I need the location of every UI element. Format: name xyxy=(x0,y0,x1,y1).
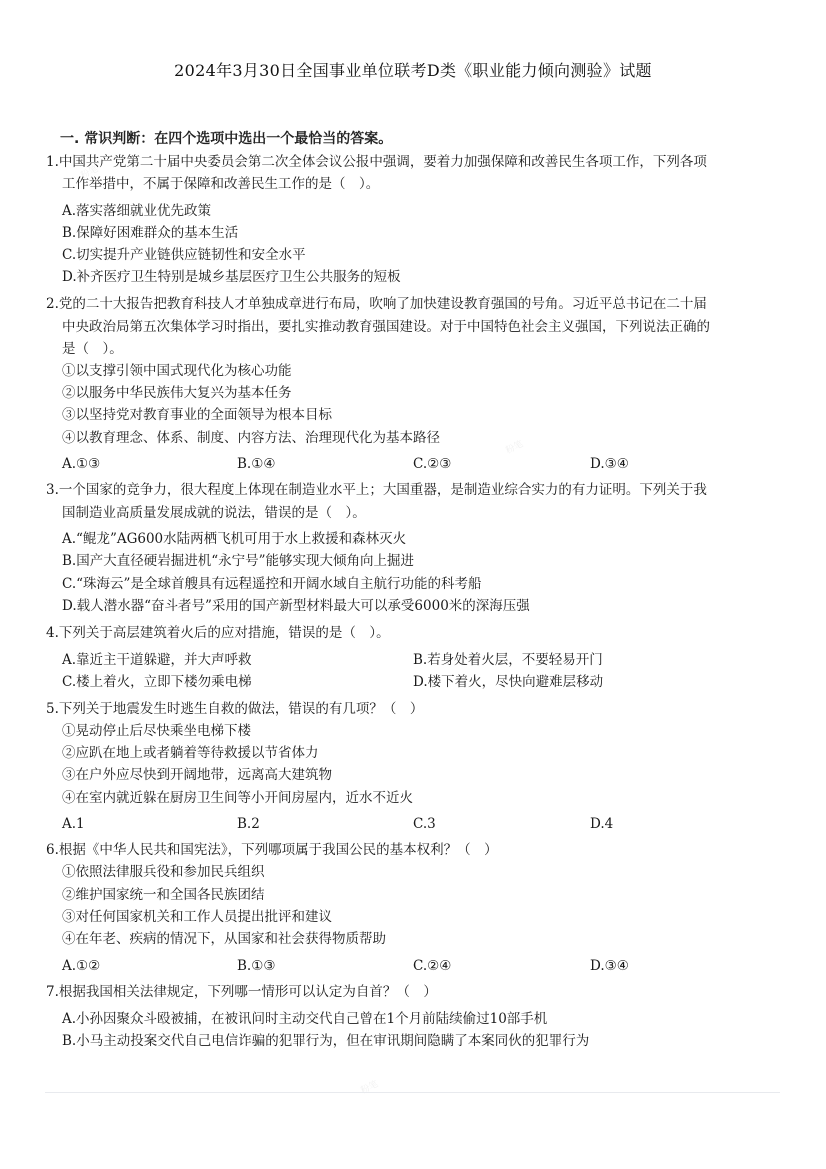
watermark: 粉笔 xyxy=(503,437,525,456)
statement-4: ④在年老、疾病的情况下，从国家和社会获得物质帮助 xyxy=(62,930,386,948)
option-a: A.1 xyxy=(62,815,85,833)
option-a: A.小孙因聚众斗殴被捕，在被讯问时主动交代自己曾在1个月前陆续偷过10部手机 xyxy=(62,1010,547,1028)
question-stem: 国制造业高质量发展成就的说法，错误的是（ ）。 xyxy=(62,504,366,522)
option-d: D.载人潜水器“奋斗者号”采用的国产新型材料最大可以承受6000米的深海压强 xyxy=(62,597,530,615)
page-title: 2024年3月30日全国事业单位联考D类《职业能力倾向测验》试题 xyxy=(0,58,826,81)
option-a: A.落实落细就业优先政策 xyxy=(62,202,211,220)
watermark: 粉笔 xyxy=(358,1077,380,1096)
statement-2: ②以服务中华民族伟大复兴为基本任务 xyxy=(62,384,292,402)
question-stem: 2.党的二十大报告把教育科技人才单独成章进行布局，吹响了加快建设教育强国的号角。… xyxy=(46,295,707,313)
option-a: A.靠近主干道躲避，并大声呼救 xyxy=(62,651,252,669)
option-b: B.①③ xyxy=(237,957,275,975)
statement-1: ①晃动停止后尽快乘坐电梯下楼 xyxy=(62,722,251,740)
statement-3: ③以坚持党对教育事业的全面领导为根本目标 xyxy=(62,406,332,424)
page-divider xyxy=(45,1092,780,1093)
option-a: A.①③ xyxy=(62,455,100,473)
question-stem: 6.根据《中华人民共和国宪法》，下列哪项属于我国公民的基本权利？（ ） xyxy=(46,841,498,859)
question-stem: 5.下列关于地震发生时逃生自救的做法，错误的有几项？（ ） xyxy=(46,700,423,718)
statement-2: ②维护国家统一和全国各民族团结 xyxy=(62,886,265,904)
option-d: D.4 xyxy=(590,815,613,833)
question-stem: 1.中国共产党第二十届中央委员会第二次全体会议公报中强调，要着力加强保障和改善民… xyxy=(46,153,707,171)
option-b: B.①④ xyxy=(237,455,275,473)
option-d: D.③④ xyxy=(590,957,629,975)
question-stem: 4.下列关于高层建筑着火后的应对措施，错误的是（ ）。 xyxy=(46,624,390,642)
statement-2: ②应趴在地上或者躺着等待救援以节省体力 xyxy=(62,744,319,762)
question-stem: 中央政治局第五次集体学习时指出，要扎实推动教育强国建设。对于中国特色社会主义强国… xyxy=(62,318,710,336)
option-d: D.补齐医疗卫生特别是城乡基层医疗卫生公共服务的短板 xyxy=(62,268,401,286)
option-c: C.“珠海云”是全球首艘具有远程遥控和开阔水域自主航行功能的科考船 xyxy=(62,575,481,593)
statement-3: ③对任何国家机关和工作人员提出批评和建议 xyxy=(62,908,332,926)
statement-3: ③在户外应尽快到开阔地带，远离高大建筑物 xyxy=(62,766,332,784)
statement-4: ④以教育理念、体系、制度、内容方法、治理现代化为基本路径 xyxy=(62,429,440,447)
option-b: B.若身处着火层，不要轻易开门 xyxy=(413,651,603,669)
option-b: B.国产大直径硬岩掘进机“永宁号”能够实现大倾角向上掘进 xyxy=(62,552,414,570)
question-stem: 3.一个国家的竞争力，很大程度上体现在制造业水平上；大国重器，是制造业综合实力的… xyxy=(46,481,707,499)
option-b: B.小马主动投案交代自己电信诈骗的犯罪行为，但在审讯期间隐瞒了本案同伙的犯罪行为 xyxy=(62,1032,589,1050)
option-d: D.楼下着火，尽快向避难层移动 xyxy=(413,673,603,691)
question-stem: 工作举措中，不属于保障和改善民生工作的是（ ）。 xyxy=(62,175,379,193)
option-c: C.楼上着火，立即下楼勿乘电梯 xyxy=(62,673,252,691)
question-stem: 7.根据我国相关法律规定，下列哪一情形可以认定为自首？（ ） xyxy=(46,983,437,1001)
option-a: A.“鲲龙”AG600水陆两栖飞机可用于水上救援和森林灭火 xyxy=(62,530,406,548)
statement-1: ①以支撑引领中国式现代化为核心功能 xyxy=(62,362,292,380)
question-stem: 是（ ）。 xyxy=(62,340,123,358)
option-c: C.②③ xyxy=(413,455,451,473)
section-heading: 一. 常识判断：在四个选项中选出一个最恰当的答案。 xyxy=(60,128,392,148)
statement-4: ④在室内就近躲在厨房卫生间等小开间房屋内，近水不近火 xyxy=(62,789,413,807)
option-b: B.保障好困难群众的基本生活 xyxy=(62,224,238,242)
option-c: C.②④ xyxy=(413,957,451,975)
option-b: B.2 xyxy=(237,815,260,833)
option-d: D.③④ xyxy=(590,455,629,473)
option-c: C.切实提升产业链供应链韧性和安全水平 xyxy=(62,246,306,264)
statement-1: ①依照法律服兵役和参加民兵组织 xyxy=(62,863,265,881)
option-c: C.3 xyxy=(413,815,436,833)
option-a: A.①② xyxy=(62,957,100,975)
